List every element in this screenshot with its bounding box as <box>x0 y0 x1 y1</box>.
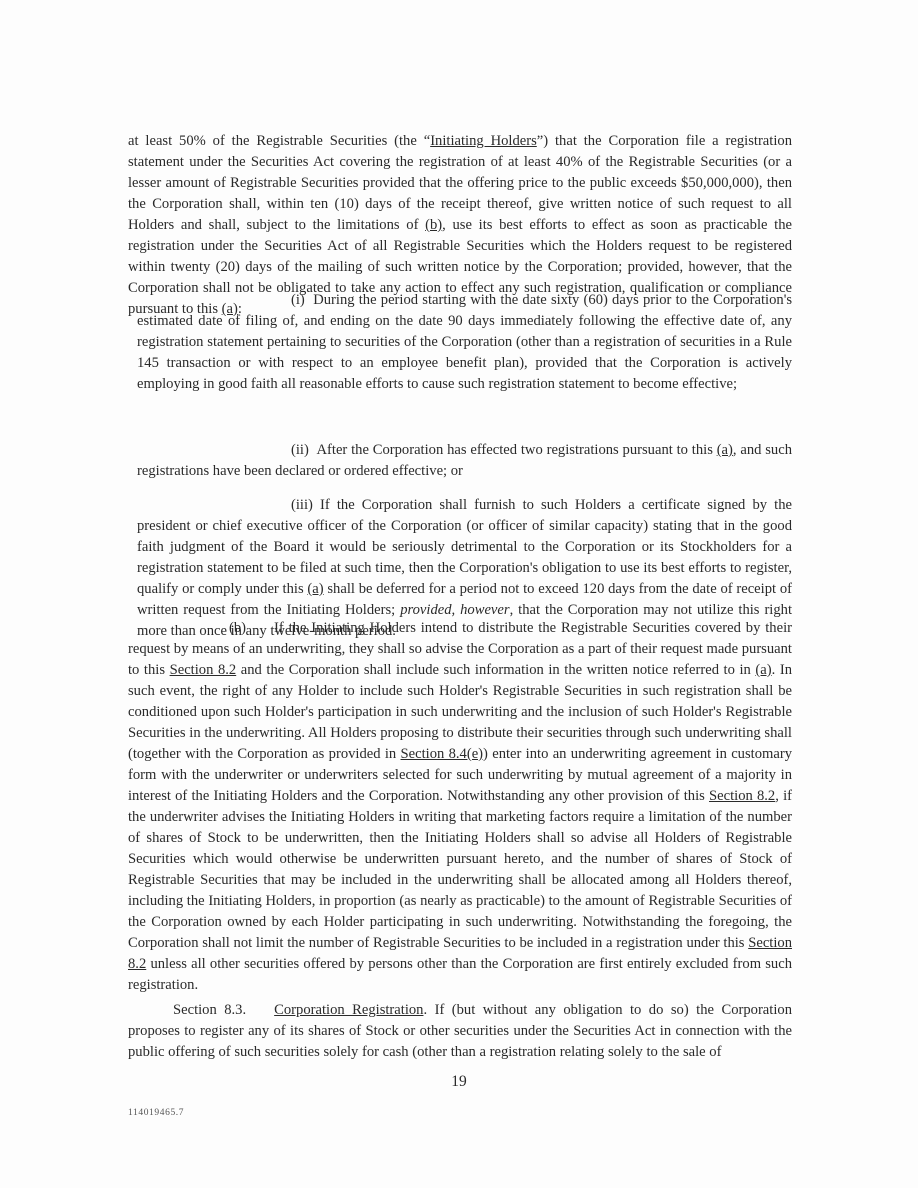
page-number: 19 <box>0 1073 918 1091</box>
cross-reference-section-8-2[interactable]: Section 8.2 <box>709 788 775 804</box>
document-id: 114019465.7 <box>128 1108 184 1118</box>
cross-reference-b[interactable]: (b) <box>425 217 442 233</box>
defined-term-initiating-holders: Initiating Holders <box>430 133 537 149</box>
clause-label-i: (i) <box>291 292 305 308</box>
cross-reference-a[interactable]: (a) <box>307 581 323 597</box>
cross-reference-section-8-2[interactable]: Section 8.2 <box>170 662 237 678</box>
document-page: at least 50% of the Registrable Securiti… <box>0 0 918 1188</box>
clause-label-ii: (ii) <box>291 442 309 458</box>
text-run: During the period starting with the date… <box>137 292 792 392</box>
paragraph-section-8-3: Section 8.3.Corporation Registration. If… <box>128 1000 792 1063</box>
paragraph-clause-ii: (ii) After the Corporation has effected … <box>137 440 792 482</box>
italic-proviso: provided, however <box>400 602 509 618</box>
text-run: and the Corporation shall include such i… <box>236 662 755 678</box>
text-run: unless all other securities offered by p… <box>128 956 792 993</box>
cross-reference-a[interactable]: (a) <box>755 662 771 678</box>
text-run: After the Corporation has effected two r… <box>316 442 716 458</box>
text-run: at least 50% of the Registrable Securiti… <box>128 133 430 149</box>
paragraph-clause-b: (b)If the Initiating Holders intend to d… <box>128 618 792 996</box>
cross-reference-a[interactable]: (a) <box>717 442 733 458</box>
clause-label-b: (b) <box>229 620 246 636</box>
cross-reference-section-8-4-e[interactable]: Section 8.4(e) <box>401 746 484 762</box>
section-heading: Corporation Registration <box>274 1002 423 1018</box>
text-run: , if the underwriter advises the Initiat… <box>128 788 792 951</box>
paragraph-clause-i: (i) During the period starting with the … <box>137 290 792 395</box>
section-number: Section 8.3. <box>173 1002 246 1018</box>
clause-label-iii: (iii) <box>291 497 313 513</box>
